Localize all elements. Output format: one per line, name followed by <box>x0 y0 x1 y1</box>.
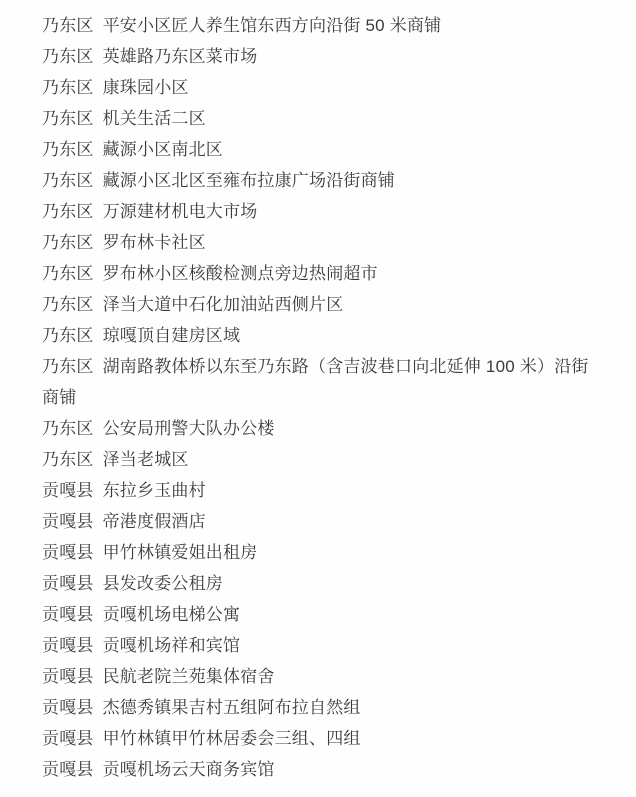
place-label: 帝港度假酒店 <box>103 512 206 531</box>
district-label: 乃东区 <box>42 47 94 66</box>
place-label: 贡嘎机场祥和宾馆 <box>103 636 241 655</box>
list-item: 乃东区藏源小区北区至雍布拉康广场沿街商铺 <box>42 165 602 196</box>
district-label: 乃东区 <box>42 78 94 97</box>
district-label: 贡嘎县 <box>42 605 94 624</box>
district-label: 乃东区 <box>42 202 94 221</box>
list-item: 乃东区琼嘎顶自建房区域 <box>42 320 602 351</box>
list-item: 贡嘎县杰德秀镇果吉村五组阿布拉自然组 <box>42 692 602 723</box>
place-label: 泽当大道中石化加油站西侧片区 <box>103 295 344 314</box>
district-label: 贡嘎县 <box>42 698 94 717</box>
list-item: 乃东区英雄路乃东区菜市场 <box>42 41 602 72</box>
place-label: 公安局刑警大队办公楼 <box>103 419 275 438</box>
list-item: 贡嘎县县发改委公租房 <box>42 568 602 599</box>
location-list: 乃东区平安小区匠人养生馆东西方向沿街 50 米商铺 乃东区英雄路乃东区菜市场 乃… <box>42 10 602 785</box>
district-label: 乃东区 <box>42 295 94 314</box>
district-label: 乃东区 <box>42 450 94 469</box>
list-item: 贡嘎县贡嘎机场云天商务宾馆 <box>42 754 602 785</box>
place-label: 贡嘎机场云天商务宾馆 <box>103 760 275 779</box>
district-label: 贡嘎县 <box>42 574 94 593</box>
district-label: 贡嘎县 <box>42 760 94 779</box>
place-label: 贡嘎机场电梯公寓 <box>103 605 241 624</box>
list-item: 贡嘎县甲竹林镇甲竹林居委会三组、四组 <box>42 723 602 754</box>
place-label: 琼嘎顶自建房区域 <box>103 326 241 345</box>
list-item: 贡嘎县帝港度假酒店 <box>42 506 602 537</box>
place-label: 湖南路教体桥以东至乃东路（含吉波巷口向北延伸 100 米）沿街商铺 <box>42 357 589 407</box>
district-label: 乃东区 <box>42 233 94 252</box>
district-label: 贡嘎县 <box>42 636 94 655</box>
district-label: 贡嘎县 <box>42 481 94 500</box>
place-label: 县发改委公租房 <box>103 574 223 593</box>
district-label: 贡嘎县 <box>42 667 94 686</box>
district-label: 贡嘎县 <box>42 543 94 562</box>
place-label: 康珠园小区 <box>103 78 189 97</box>
list-item: 贡嘎县东拉乡玉曲村 <box>42 475 602 506</box>
list-item: 乃东区公安局刑警大队办公楼 <box>42 413 602 444</box>
document-page: 乃东区平安小区匠人养生馆东西方向沿街 50 米商铺 乃东区英雄路乃东区菜市场 乃… <box>0 0 636 797</box>
list-item: 乃东区康珠园小区 <box>42 72 602 103</box>
district-label: 乃东区 <box>42 171 94 190</box>
list-item: 乃东区罗布林卡社区 <box>42 227 602 258</box>
district-label: 乃东区 <box>42 109 94 128</box>
list-item: 乃东区泽当老城区 <box>42 444 602 475</box>
place-label: 甲竹林镇甲竹林居委会三组、四组 <box>103 729 361 748</box>
place-label: 罗布林小区核酸检测点旁边热闹超市 <box>103 264 378 283</box>
list-item: 贡嘎县贡嘎机场祥和宾馆 <box>42 630 602 661</box>
list-item: 乃东区平安小区匠人养生馆东西方向沿街 50 米商铺 <box>42 10 602 41</box>
list-item: 乃东区机关生活二区 <box>42 103 602 134</box>
place-label: 民航老院兰苑集体宿舍 <box>103 667 275 686</box>
district-label: 乃东区 <box>42 419 94 438</box>
place-label: 罗布林卡社区 <box>103 233 206 252</box>
district-label: 贡嘎县 <box>42 729 94 748</box>
list-item: 贡嘎县甲竹林镇爱姐出租房 <box>42 537 602 568</box>
place-label: 甲竹林镇爱姐出租房 <box>103 543 258 562</box>
district-label: 贡嘎县 <box>42 512 94 531</box>
place-label: 泽当老城区 <box>103 450 189 469</box>
place-label: 平安小区匠人养生馆东西方向沿街 50 米商铺 <box>103 16 442 35</box>
list-item: 乃东区万源建材机电大市场 <box>42 196 602 227</box>
place-label: 万源建材机电大市场 <box>103 202 258 221</box>
district-label: 乃东区 <box>42 16 94 35</box>
place-label: 机关生活二区 <box>103 109 206 128</box>
list-item: 乃东区泽当大道中石化加油站西侧片区 <box>42 289 602 320</box>
list-item: 乃东区罗布林小区核酸检测点旁边热闹超市 <box>42 258 602 289</box>
place-label: 藏源小区南北区 <box>103 140 223 159</box>
district-label: 乃东区 <box>42 357 94 376</box>
district-label: 乃东区 <box>42 264 94 283</box>
list-item: 乃东区湖南路教体桥以东至乃东路（含吉波巷口向北延伸 100 米）沿街商铺 <box>42 351 602 413</box>
place-label: 藏源小区北区至雍布拉康广场沿街商铺 <box>103 171 395 190</box>
place-label: 杰德秀镇果吉村五组阿布拉自然组 <box>103 698 361 717</box>
place-label: 英雄路乃东区菜市场 <box>103 47 258 66</box>
district-label: 乃东区 <box>42 140 94 159</box>
list-item: 乃东区藏源小区南北区 <box>42 134 602 165</box>
district-label: 乃东区 <box>42 326 94 345</box>
list-item: 贡嘎县贡嘎机场电梯公寓 <box>42 599 602 630</box>
list-item: 贡嘎县民航老院兰苑集体宿舍 <box>42 661 602 692</box>
place-label: 东拉乡玉曲村 <box>103 481 206 500</box>
